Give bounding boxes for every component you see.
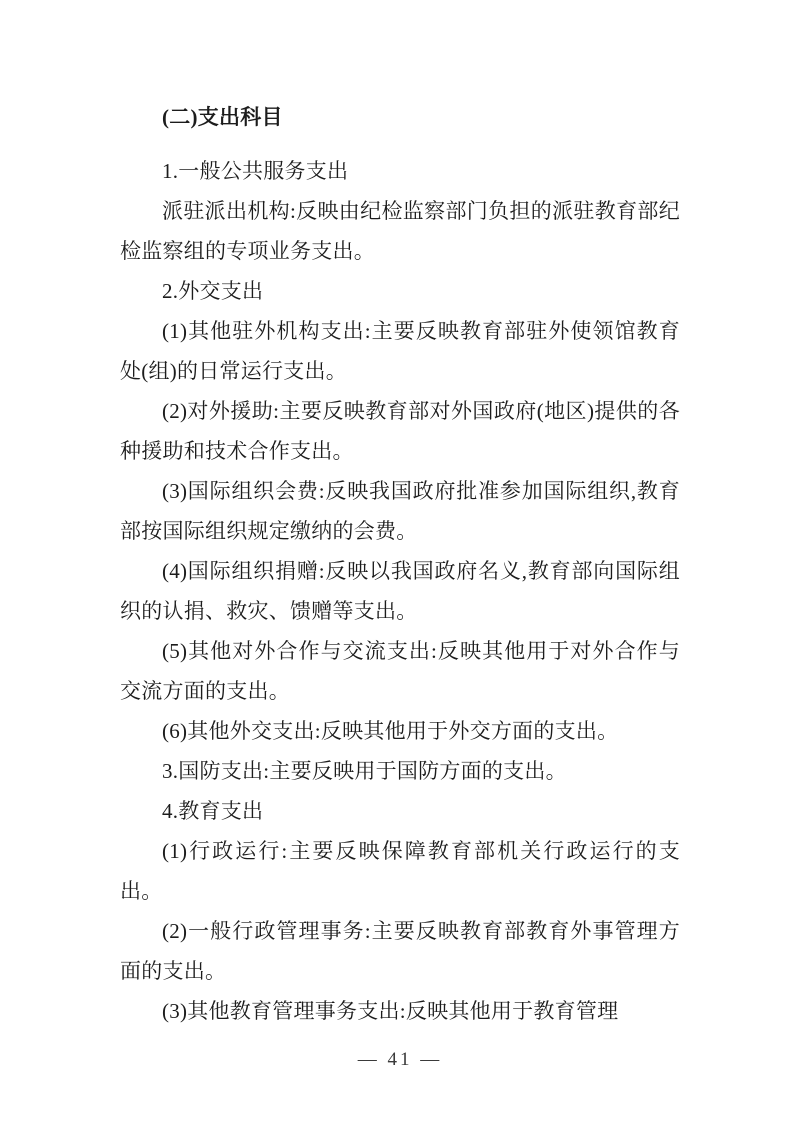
body-paragraph: (5)其他对外合作与交流支出:反映其他用于对外合作与交流方面的支出。 [120, 631, 680, 711]
body-paragraph: 4.教育支出 [120, 791, 680, 831]
body-paragraph: 派驻派出机构:反映由纪检监察部门负担的派驻教育部纪检监察组的专项业务支出。 [120, 191, 680, 271]
section-heading: (二)支出科目 [120, 97, 680, 137]
body-paragraph: 3.国防支出:主要反映用于国防方面的支出。 [120, 751, 680, 791]
body-paragraph: (3)其他教育管理事务支出:反映其他用于教育管理 [120, 991, 680, 1031]
body-paragraph: (2)对外援助:主要反映教育部对外国政府(地区)提供的各种援助和技术合作支出。 [120, 391, 680, 471]
body-paragraph: (1)其他驻外机构支出:主要反映教育部驻外使领馆教育处(组)的日常运行支出。 [120, 311, 680, 391]
document-body: (二)支出科目 1.一般公共服务支出 派驻派出机构:反映由纪检监察部门负担的派驻… [120, 97, 680, 1031]
body-paragraph: 1.一般公共服务支出 [120, 151, 680, 191]
body-paragraph: (3)国际组织会费:反映我国政府批准参加国际组织,教育部按国际组织规定缴纳的会费… [120, 471, 680, 551]
body-paragraph: (4)国际组织捐赠:反映以我国政府名义,教育部向国际组织的认捐、救灾、馈赠等支出… [120, 551, 680, 631]
body-paragraph: (2)一般行政管理事务:主要反映教育部教育外事管理方面的支出。 [120, 911, 680, 991]
body-paragraph: (6)其他外交支出:反映其他用于外交方面的支出。 [120, 711, 680, 751]
page-number: — 41 — [0, 1046, 800, 1074]
document-page: (二)支出科目 1.一般公共服务支出 派驻派出机构:反映由纪检监察部门负担的派驻… [0, 0, 800, 1131]
body-paragraph: (1)行政运行:主要反映保障教育部机关行政运行的支出。 [120, 831, 680, 911]
body-paragraph: 2.外交支出 [120, 271, 680, 311]
